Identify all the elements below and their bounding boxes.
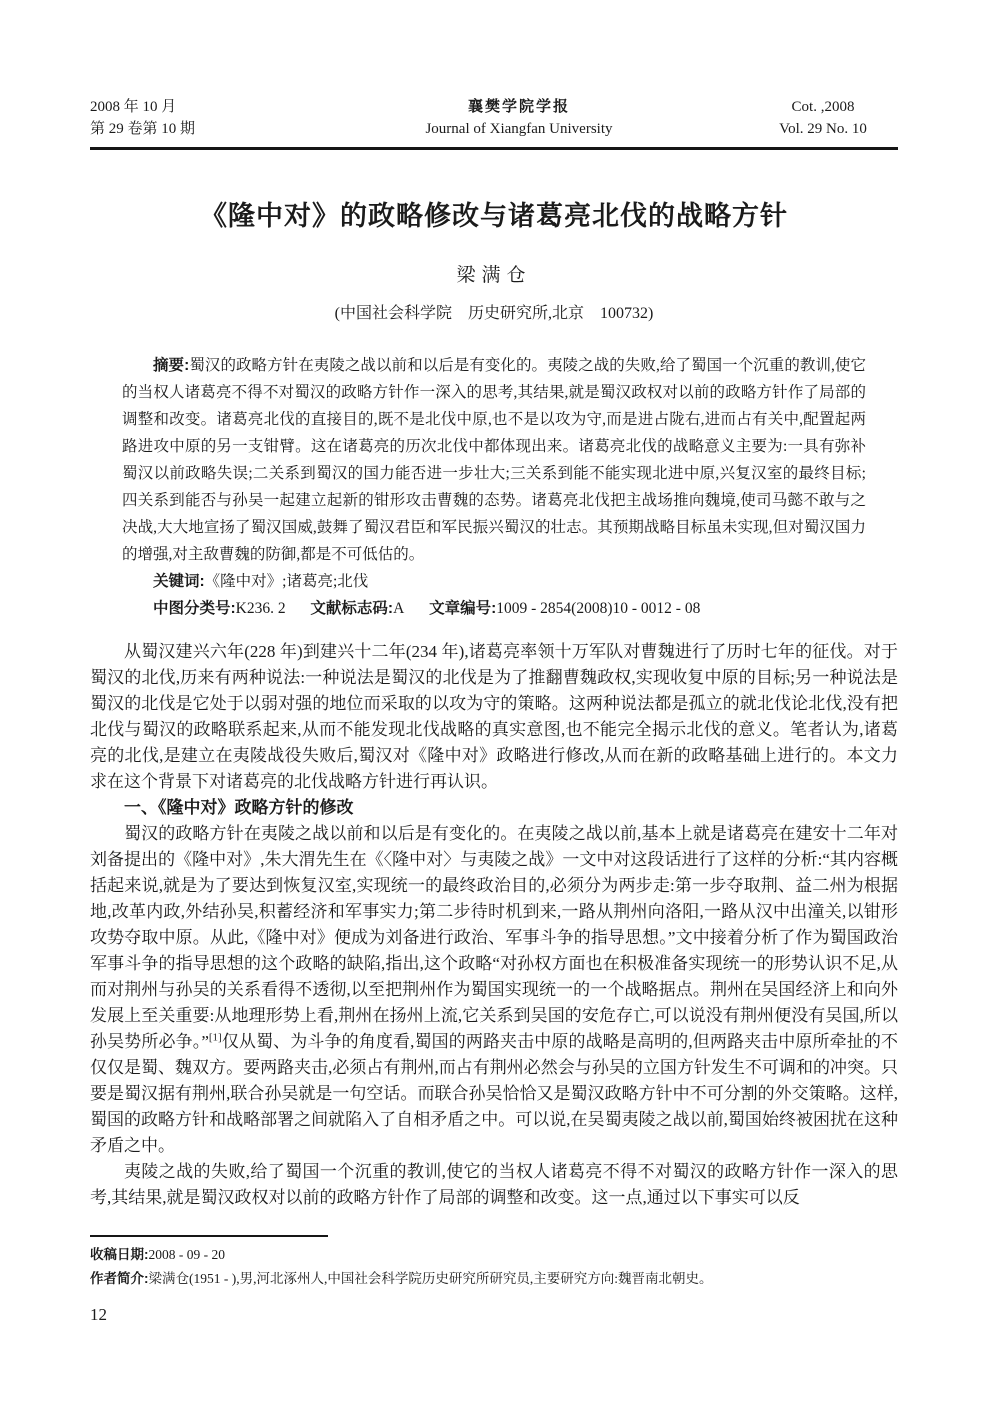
clc-group: 中图分类号:K236. 2 — [153, 600, 286, 617]
keywords-label: 关键词: — [153, 573, 205, 590]
header-divider — [90, 147, 898, 150]
article-id-value: 1009 - 2854(2008)10 - 0012 - 08 — [496, 600, 700, 617]
journal-page: 2008 年 10 月 第 29 卷第 10 期 襄樊学院学报 Journal … — [0, 0, 992, 1403]
footnote-divider — [90, 1235, 328, 1237]
paragraph-2-text-b: 仅从蜀、为斗争的角度看,蜀国的两路夹击中原的战略是高明的,但两路夹击中原所牵扯的… — [90, 1032, 898, 1155]
header-issue: 第 29 卷第 10 期 — [90, 118, 290, 140]
footnote: 收稿日期:2008 - 09 - 20 作者简介:梁满仓(1951 - ),男,… — [90, 1235, 898, 1291]
header-vol-no: Vol. 29 No. 10 — [748, 118, 898, 140]
author-bio-value: 梁满仓(1951 - ),男,河北涿州人,中国社会科学院历史研究所研究员,主要研… — [149, 1271, 713, 1286]
abstract-label: 摘要: — [153, 357, 189, 374]
page-number: 12 — [90, 1305, 898, 1325]
article-title: 《隆中对》的政略修改与诸葛亮北伐的战略方针 — [90, 194, 898, 233]
paragraph-3: 夷陵之战的失败,给了蜀国一个沉重的教训,使它的当权人诸葛亮不得不对蜀汉的政略方针… — [90, 1159, 898, 1211]
abstract: 摘要:蜀汉的政略方针在夷陵之战以前和以后是有变化的。夷陵之战的失败,给了蜀国一个… — [122, 352, 866, 568]
doc-code-label: 文献标志码: — [310, 600, 393, 617]
received-date-line: 收稿日期:2008 - 09 - 20 — [90, 1243, 898, 1267]
clc-value: K236. 2 — [236, 600, 286, 617]
paragraph-2-text-a: 蜀汉的政略方针在夷陵之战以前和以后是有变化的。在夷陵之战以前,基本上就是诸葛亮在… — [90, 824, 898, 1051]
clc-label: 中图分类号: — [153, 600, 236, 617]
section-1-heading: 一、《隆中对》政略方针的修改 — [90, 795, 898, 821]
author-bio-label: 作者简介: — [90, 1271, 149, 1286]
keywords-text: 《隆中对》;诸葛亮;北伐 — [205, 573, 369, 590]
doc-code-group: 文献标志码:A — [310, 600, 404, 617]
paragraph-1: 从蜀汉建兴六年(228 年)到建兴十二年(234 年),诸葛亮率领十万军队对曹魏… — [90, 639, 898, 795]
meta-block: 摘要:蜀汉的政略方针在夷陵之战以前和以后是有变化的。夷陵之战的失败,给了蜀国一个… — [122, 352, 866, 622]
journal-header: 2008 年 10 月 第 29 卷第 10 期 襄樊学院学报 Journal … — [90, 96, 898, 140]
author-affiliation: (中国社会科学院 历史研究所,北京 100732) — [90, 300, 898, 323]
author-bio-line: 作者简介:梁满仓(1951 - ),男,河北涿州人,中国社会科学院历史研究所研究… — [90, 1267, 898, 1291]
header-date-en: Cot. ,2008 — [748, 96, 898, 118]
journal-name-en: Journal of Xiangfan University — [290, 118, 748, 140]
article-id-group: 文章编号:1009 - 2854(2008)10 - 0012 - 08 — [429, 600, 700, 617]
keywords: 关键词:《隆中对》;诸葛亮;北伐 — [122, 568, 866, 595]
received-date-label: 收稿日期: — [90, 1247, 149, 1262]
doc-code-value: A — [393, 600, 404, 617]
header-center: 襄樊学院学报 Journal of Xiangfan University — [290, 96, 748, 140]
classification-line: 中图分类号:K236. 2文献标志码:A文章编号:1009 - 2854(200… — [122, 595, 866, 622]
received-date-value: 2008 - 09 - 20 — [149, 1247, 226, 1262]
header-date: 2008 年 10 月 — [90, 96, 290, 118]
abstract-text: 蜀汉的政略方针在夷陵之战以前和以后是有变化的。夷陵之战的失败,给了蜀国一个沉重的… — [122, 357, 866, 563]
journal-name-cn: 襄樊学院学报 — [290, 96, 748, 118]
paragraph-2: 蜀汉的政略方针在夷陵之战以前和以后是有变化的。在夷陵之战以前,基本上就是诸葛亮在… — [90, 821, 898, 1159]
header-left: 2008 年 10 月 第 29 卷第 10 期 — [90, 96, 290, 140]
header-right: Cot. ,2008 Vol. 29 No. 10 — [748, 96, 898, 140]
article-id-label: 文章编号: — [429, 600, 496, 617]
body-text: 从蜀汉建兴六年(228 年)到建兴十二年(234 年),诸葛亮率领十万军队对曹魏… — [90, 639, 898, 1211]
author-name: 梁满仓 — [90, 260, 898, 287]
citation-ref-1: [1] — [209, 1031, 222, 1043]
